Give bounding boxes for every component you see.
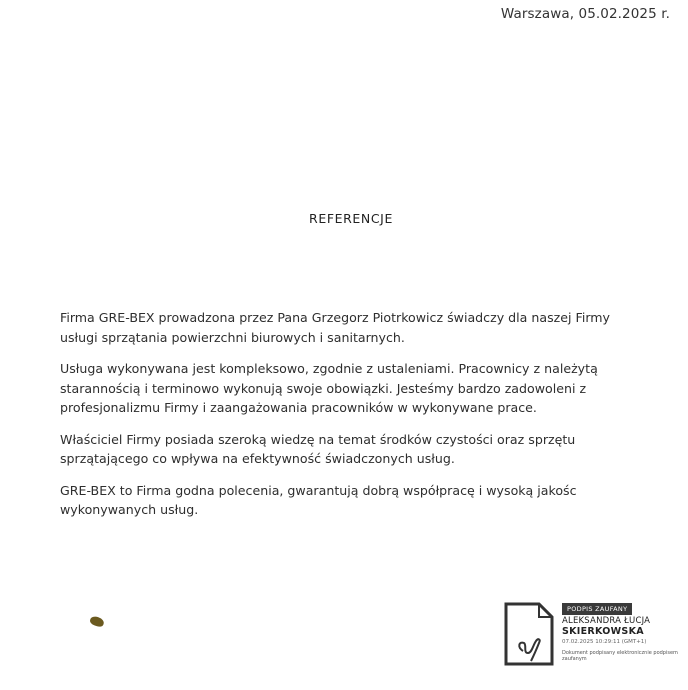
paragraph-service: Usługa wykonywana jest kompleksowo, zgod… [60,359,640,418]
signature-timestamp: 07.02.2025 10:29:11 (GMT+1) [562,639,646,645]
paragraph-recommendation: GRE-BEX to Firma godna polecenia, gwaran… [60,481,640,520]
paragraph-owner: Właściciel Firmy posiada szeroką wiedzę … [60,430,640,469]
signature-badge: PODPIS ZAUFANY [562,603,632,615]
trusted-signature-block: PODPIS ZAUFANY ALEKSANDRA ŁUCJA SKIERKOW… [500,598,688,670]
paragraph-intro: Firma GRE-BEX prowadzona przez Pana Grze… [60,308,640,347]
signer-name-line2: SKIERKOWSKA [562,626,644,637]
signer-name-line1: ALEKSANDRA ŁUCJA [562,616,650,626]
ink-blot [89,615,105,628]
signed-document-icon [503,601,555,667]
signature-note: Dokument podpisany elektronicznie podpis… [562,650,680,662]
document-title: REFERENCJE [0,211,688,226]
place-date: Warszawa, 05.02.2025 r. [501,6,670,22]
document-body: Firma GRE-BEX prowadzona przez Pana Grze… [60,308,640,532]
